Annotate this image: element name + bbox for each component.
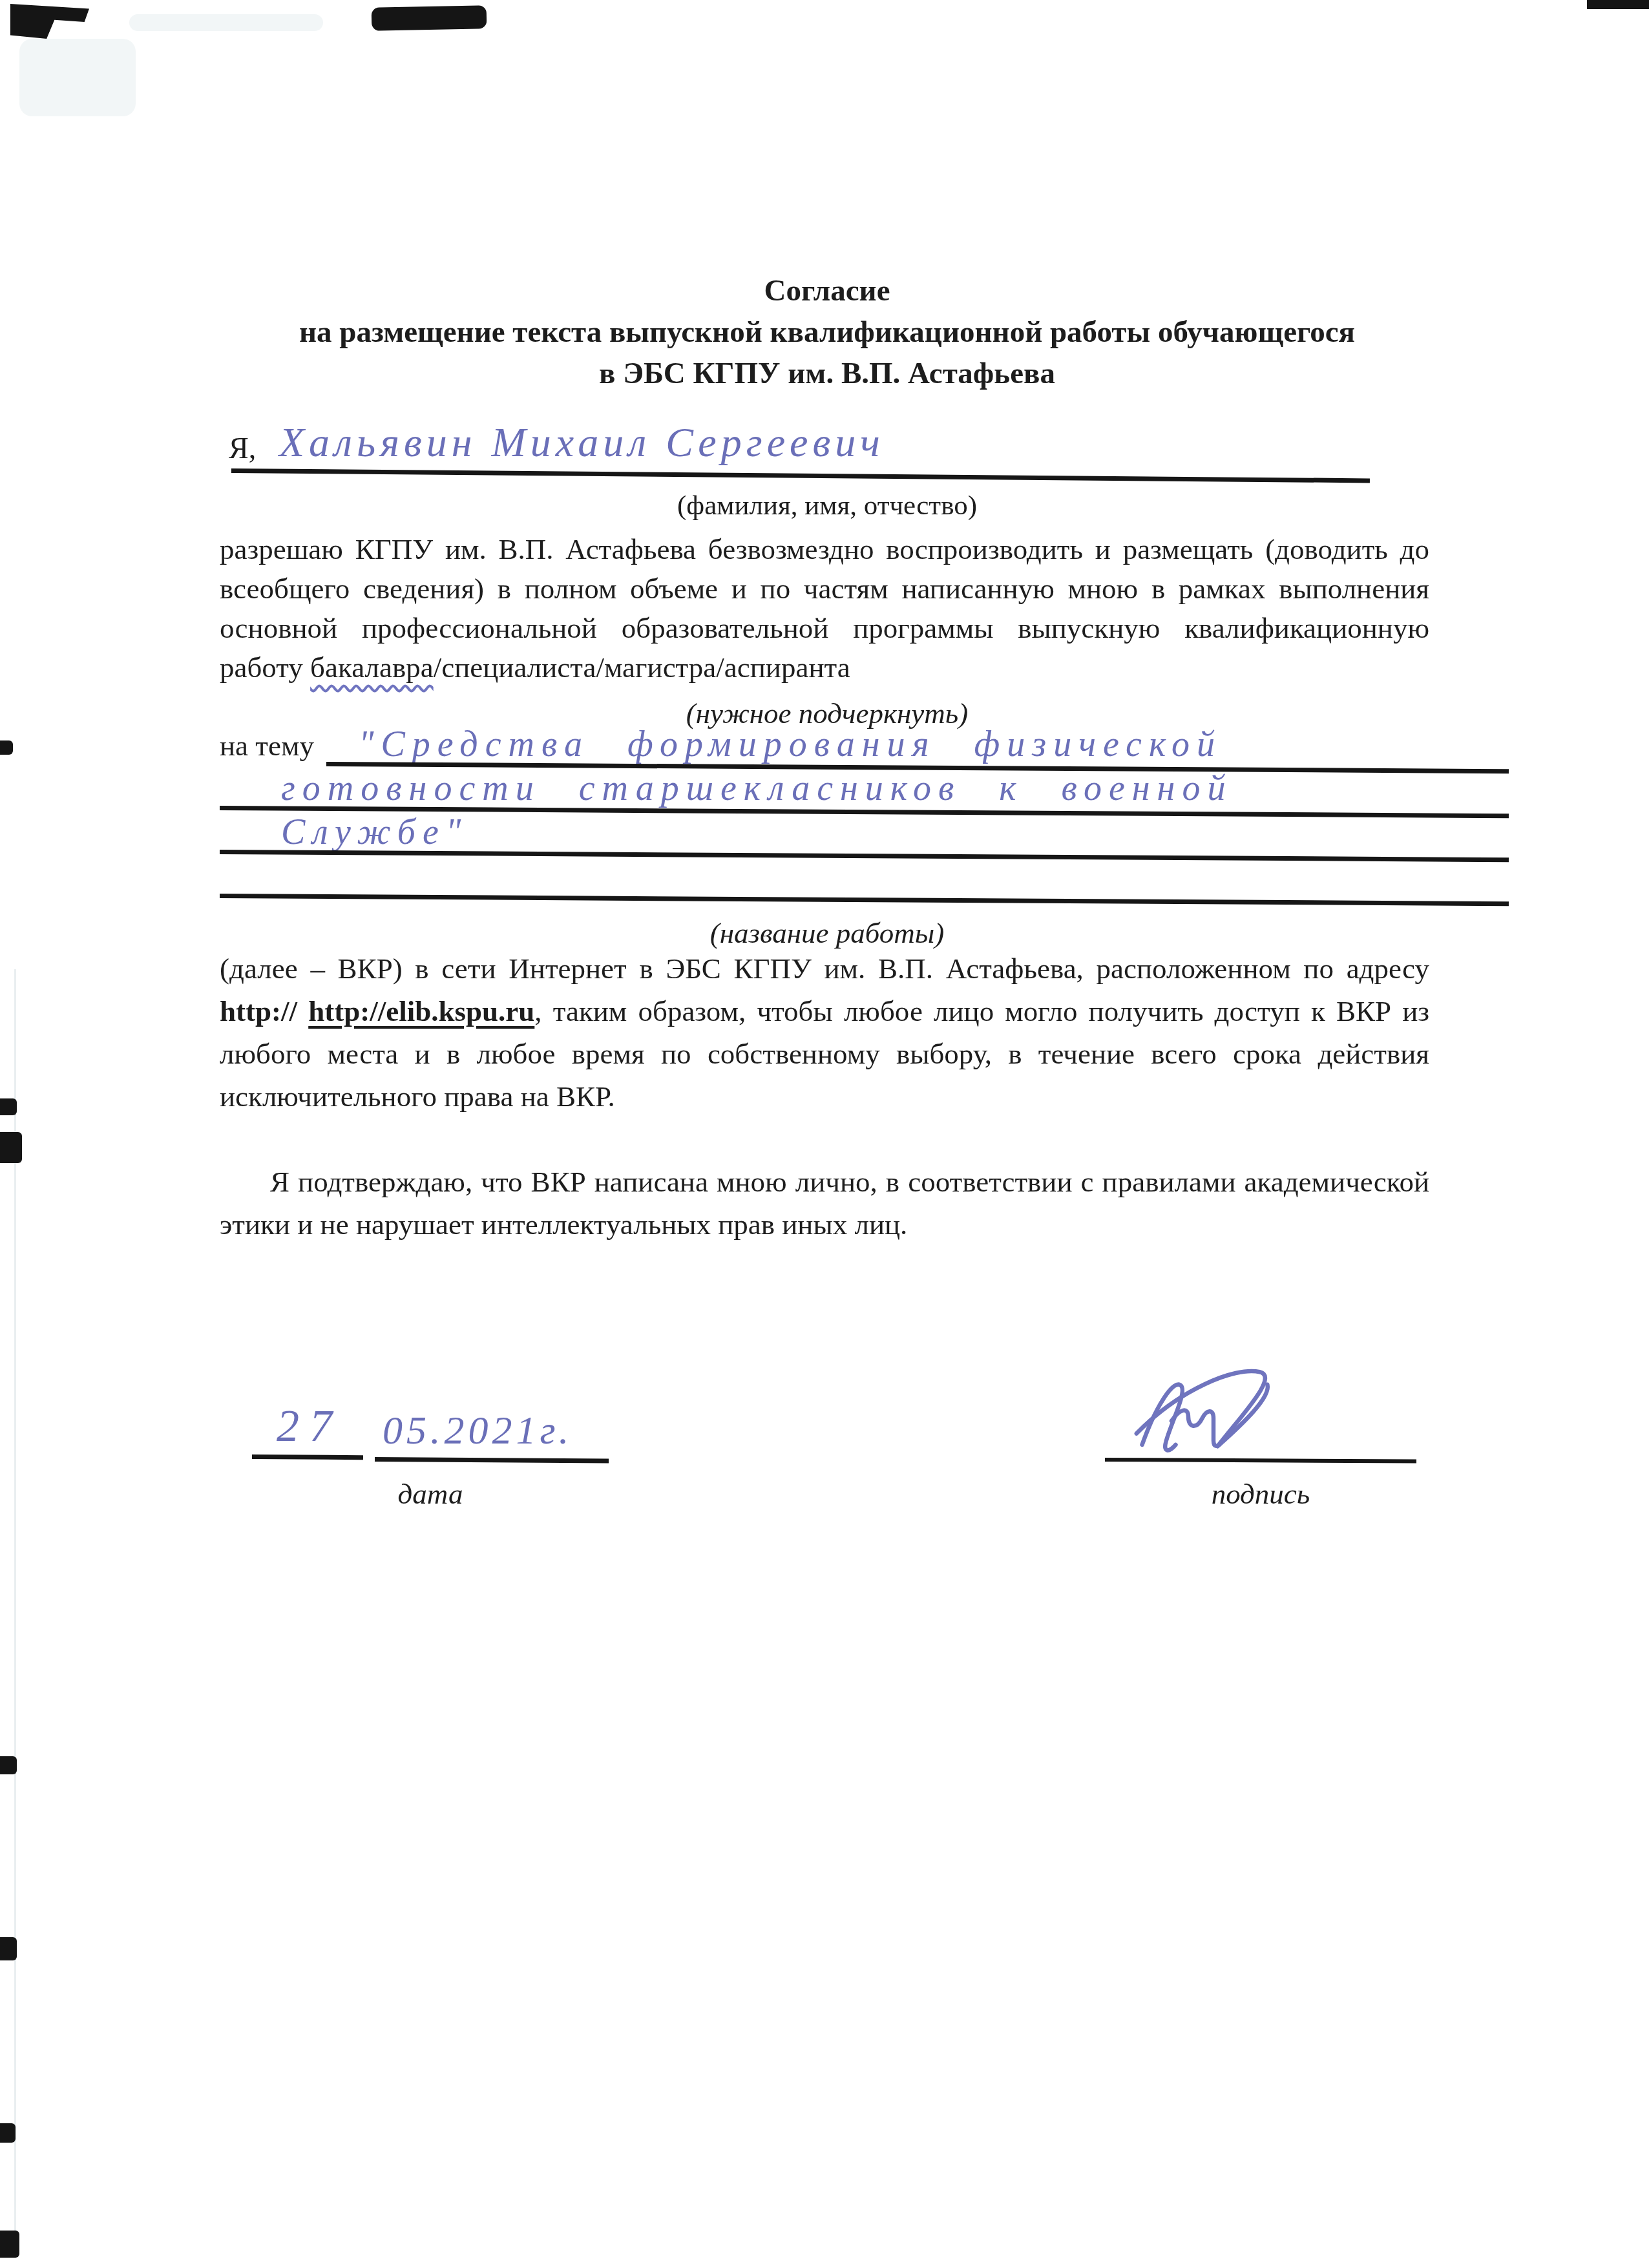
scan-artifact-left-tab [0,2231,19,2258]
elib-url: http://elib.kspu.ru [308,995,534,1027]
topic-blank-line-4 [220,894,1509,906]
handwritten-signature [1129,1363,1297,1460]
scan-smudge [129,14,323,31]
date-label: дата [252,1477,609,1511]
signature-label: подпись [1105,1477,1416,1511]
signature-blank-line [1105,1458,1416,1464]
handwritten-topic-line-1: "Средства формирования физической [359,724,1222,765]
scan-artifact-left-tab [0,1098,17,1115]
work-title-caption: (название работы) [220,916,1434,950]
scan-smudge [19,39,136,116]
topic-row-4 [220,854,1509,898]
title-line-1: Согласие [220,270,1434,311]
scanned-consent-form-page: Согласие на размещение текста выпускной … [0,0,1649,2268]
title-line-3: в ЭБС КГПУ им. В.П. Астафьева [220,353,1434,394]
scan-artifact-left-tab [0,1756,17,1774]
name-blank-line [231,468,1370,483]
degree-option-underlined: бакалавра [310,651,434,684]
declarant-prefix: Я, [229,431,256,465]
scan-artifact-top-left [10,4,89,39]
access-paragraph: (далее – ВКР) в сети Интернет в ЭБС КГПУ… [220,947,1429,1118]
topic-row-1: на тему "Средства формирования физическо… [220,722,1509,766]
access-text-1: (далее – ВКР) в сети Интернет в ЭБС КГПУ… [220,952,1429,985]
scan-artifact-top-right [1587,0,1649,9]
title-line-2: на размещение текста выпускной квалифика… [220,311,1434,353]
permission-paragraph: разрешаю КГПУ им. В.П. Астафьева безвозм… [220,530,1429,688]
handwritten-topic-line-3: Службе" [281,812,468,853]
handwritten-topic-line-2: готовности старшекласников к военной [281,768,1232,809]
signoff-section: 27 05.2021г. дата подпись [220,1370,1434,1538]
handwritten-date-day: 27 [277,1401,342,1453]
handwritten-full-name: Хальявин Михаил Сергеевич [279,419,885,467]
confirmation-paragraph: Я подтверждаю, что ВКР написана мною лич… [220,1160,1429,1246]
degree-options-rest: /специалиста/магистра/аспиранта [434,651,850,684]
topic-section: на тему "Средства формирования физическо… [220,722,1509,898]
date-blank-line-1 [252,1454,363,1460]
scan-artifact-top-block [372,5,487,31]
scan-artifact-left-tab [0,1132,22,1163]
scan-artifact-left-tab [0,2123,16,2143]
topic-row-3: Службе" [220,810,1509,854]
url-prefix: http:// [220,995,308,1027]
name-caption: (фамилия, имя, отчество) [220,490,1434,521]
date-blank-line-2 [375,1457,609,1464]
topic-label: на тему [220,729,314,762]
handwritten-date-month-year: 05.2021г. [383,1408,572,1454]
scan-artifact-left-tab [0,1937,17,1960]
topic-row-2: готовности старшекласников к военной [220,766,1509,810]
document-title: Согласие на размещение текста выпускной … [220,270,1434,394]
declarant-name-row: Я, Хальявин Михаил Сергеевич [220,395,1434,468]
scan-artifact-left-tab [0,740,13,755]
